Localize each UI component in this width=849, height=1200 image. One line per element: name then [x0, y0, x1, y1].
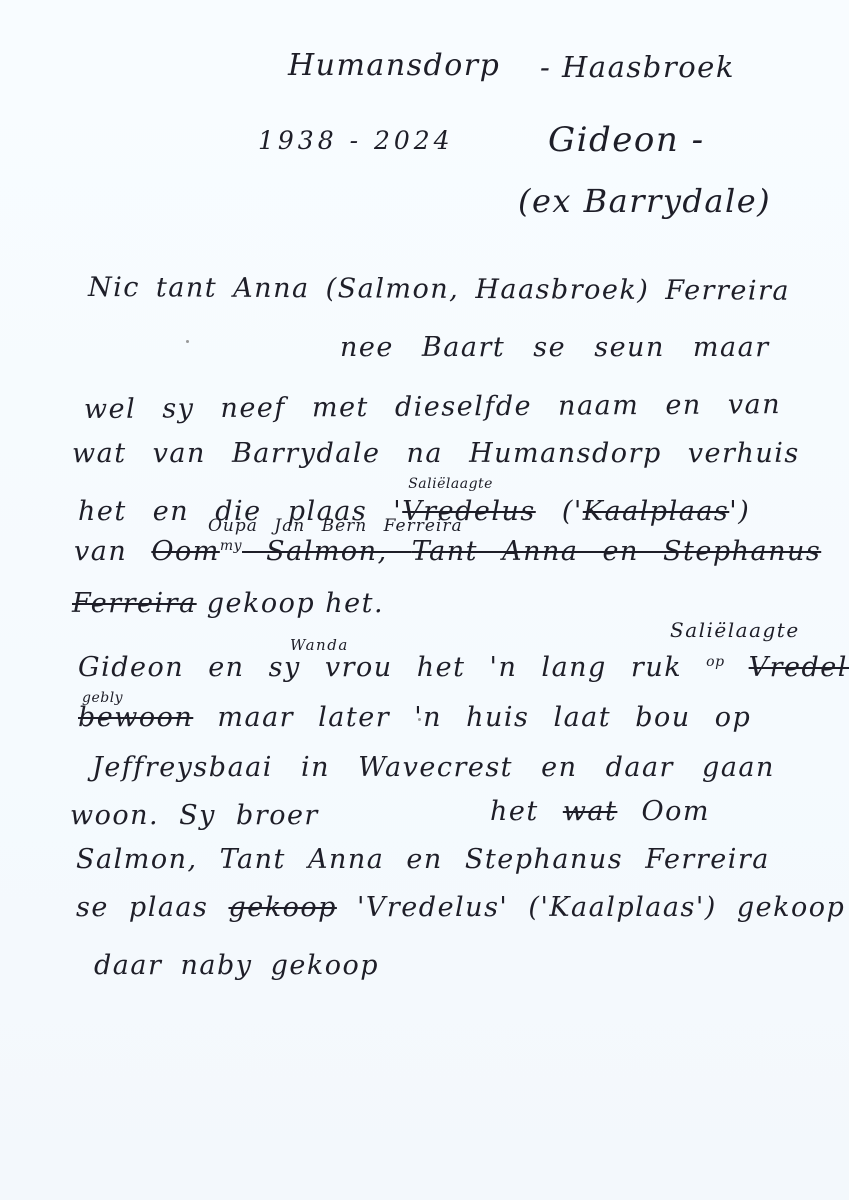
header-given-name: Gideon - [548, 120, 705, 160]
ink-speck [418, 718, 421, 721]
text-line: van Oommy Salmon, Tant Anna en Stephanus [74, 536, 821, 567]
inserted-word: my [220, 538, 242, 554]
inserted-word: op [706, 654, 724, 670]
insertion-above: Oupa Jan Bern Ferreira [208, 516, 463, 536]
text-line: daar naby gekoop [94, 950, 379, 981]
text-line: Gideon en sy vrou het 'n lang ruk op Vre… [78, 652, 849, 683]
text-fragment: (' [536, 496, 583, 527]
struck-word: gekoop [228, 892, 336, 923]
text-fragment: van [74, 536, 151, 567]
struck-word: Oom [151, 536, 220, 567]
insertion-above: Saliëlaagte [670, 618, 800, 642]
header-origin: (ex Barrydale) [518, 182, 771, 220]
struck-word: bewoon [78, 702, 193, 733]
text-line: se plaas gekoop 'Vredelus' ('Kaalplaas')… [76, 892, 845, 923]
header-years: 1938 - 2024 [258, 126, 454, 155]
text-fragment: ') [729, 496, 750, 527]
handwritten-page: Humansdorp - Haasbroek 1938 - 2024 Gideo… [0, 0, 849, 1200]
header-surname: - Haasbroek [540, 50, 735, 84]
ink-speck [186, 340, 189, 343]
text-fragment: Salmon, [242, 536, 412, 567]
text-fragment: woon. Sy broer [70, 800, 319, 831]
struck-word: Ferreira [72, 588, 197, 619]
text-line: Nic tant Anna (Salmon, Haasbroek) Ferrei… [88, 272, 790, 307]
struck-word: wat [563, 796, 618, 827]
text-fragment: het 'n lang ruk [417, 652, 706, 683]
text-line: nee Baart se seun maar [340, 332, 770, 363]
text-fragment: maar later 'n huis laat bou op [193, 702, 751, 733]
header-place: Humansdorp [288, 48, 500, 83]
text-line: bewoon maar later 'n huis laat bou op [78, 702, 751, 733]
text-fragment: Gideon en sy vrou [78, 652, 417, 683]
text-fragment: se plaas [76, 892, 228, 923]
struck-phrase: Tant Anna en Stephanus [412, 536, 821, 567]
text-fragment: het [490, 796, 539, 827]
text-fragment: Oom [641, 796, 710, 827]
inserted-word: Saliëlaagte [408, 476, 493, 492]
text-line: Ferreira gekoop het. [72, 588, 384, 619]
text-line: het wat Oom [490, 796, 710, 827]
struck-word: Vredelus [749, 652, 849, 683]
struck-word: Kaalplaas [583, 496, 729, 527]
text-line: wel sy neef met dieselfde naam en van [84, 389, 781, 425]
text-line: wat van Barrydale na Humansdorp verhuis [72, 438, 800, 469]
text-fragment: 'Vredelus' ('Kaalplaas') gekoop [337, 892, 845, 923]
text-line: Jeffreysbaai in Wavecrest en daar gaan [92, 752, 775, 783]
text-line: Salmon, Tant Anna en Stephanus Ferreira [76, 844, 770, 875]
text-line: woon. Sy broer [70, 800, 319, 831]
text-fragment: gekoop het. [197, 588, 384, 619]
